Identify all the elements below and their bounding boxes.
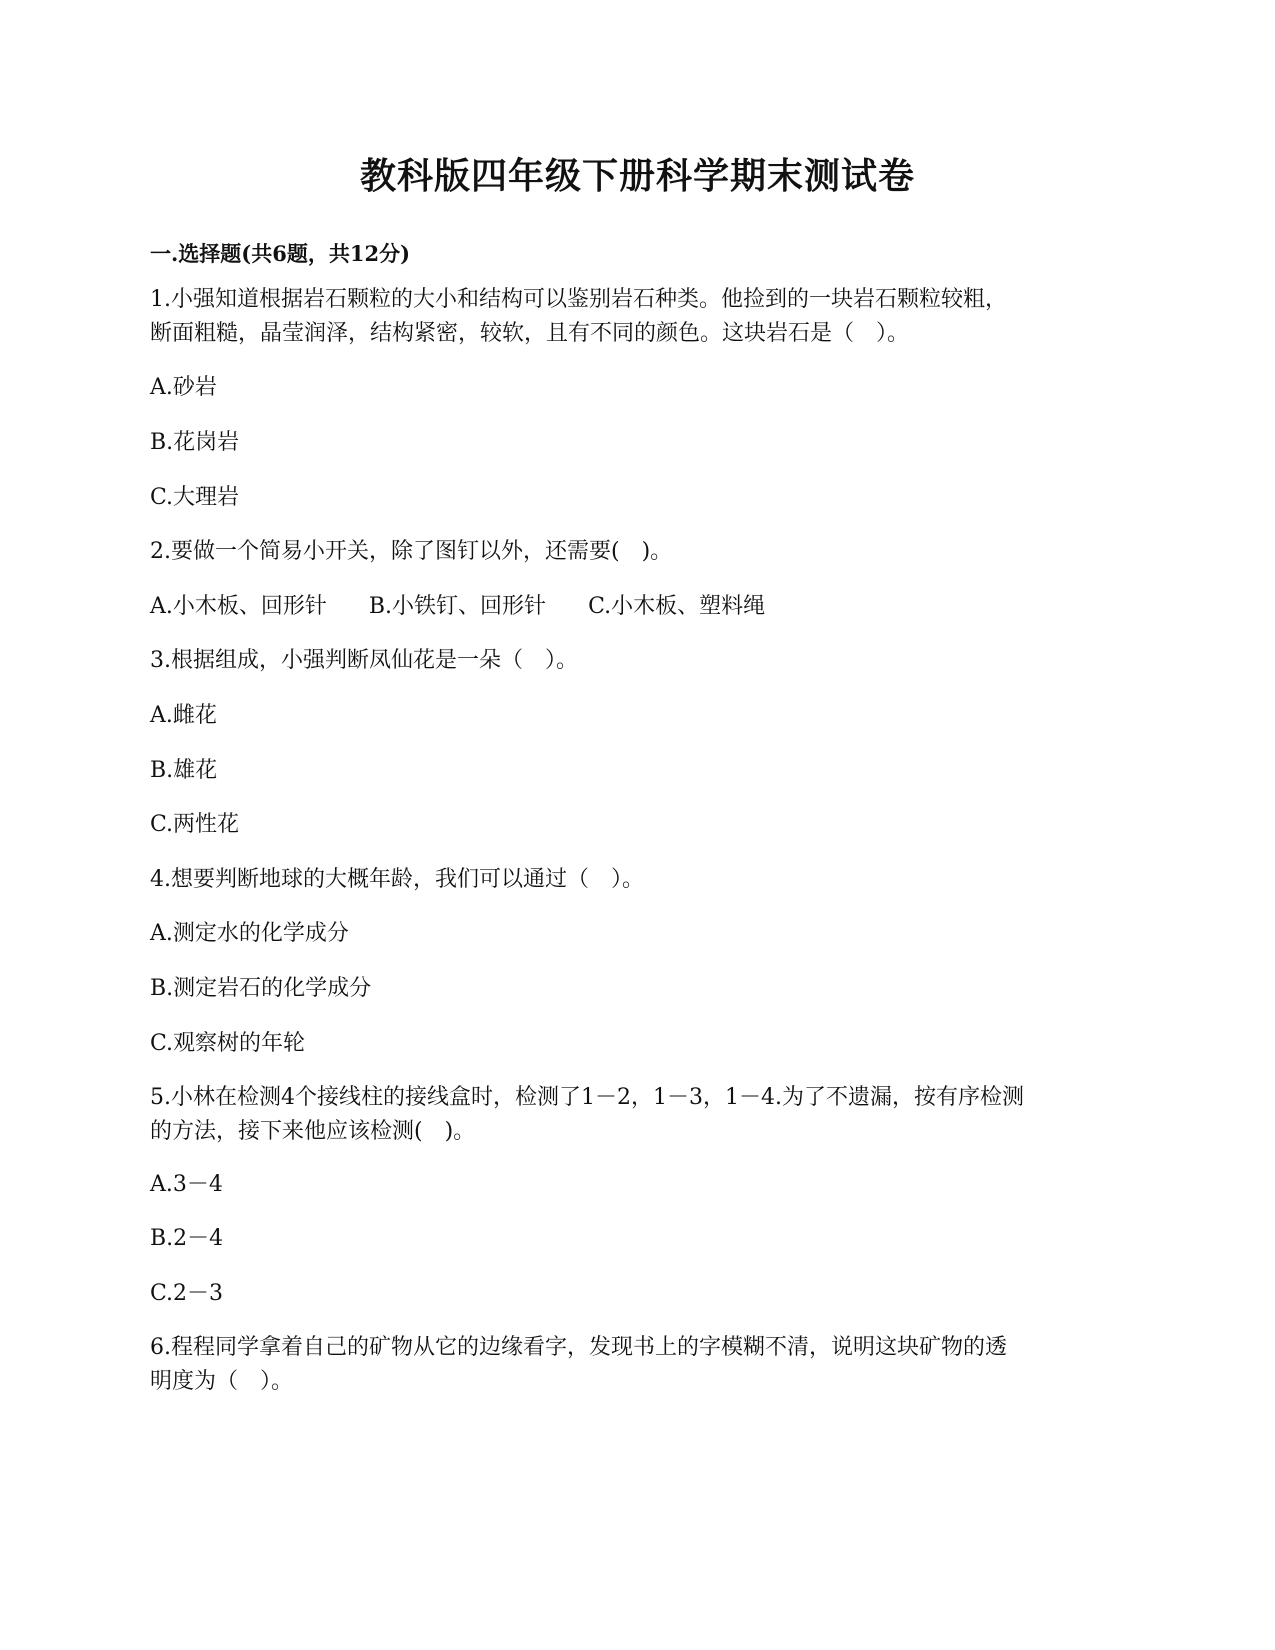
question-1-option-a: A.砂岩 [150,371,217,405]
question-6-line-1: 6.程程同学拿着自己的矿物从它的边缘看字，发现书上的字模糊不清，说明这块矿物的透 [150,1331,1007,1365]
question-2-option-c: C.小木板、塑料绳 [588,590,765,624]
question-4-option-b: B.测定岩石的化学成分 [150,972,371,1006]
question-1-line-1: 1.小强知道根据岩石颗粒的大小和结构可以鉴别岩石种类。他捡到的一块岩石颗粒较粗， [150,283,1007,317]
question-4-option-c: C.观察树的年轮 [150,1027,305,1061]
question-2-options: A.小木板、回形针B.小铁钉、回形针C.小木板、塑料绳 [150,590,765,624]
question-4-line-1: 4.想要判断地球的大概年龄，我们可以通过（ ）。 [150,863,644,897]
exam-page: 教科版四年级下册科学期末测试卷 一.选择题(共6题，共12分) 1.小强知道根据… [0,0,1275,1650]
question-3-option-c: C.两性花 [150,808,239,842]
question-4-option-a: A.测定水的化学成分 [150,917,349,951]
question-2-option-b: B.小铁钉、回形针 [369,590,546,624]
question-3-option-b: B.雄花 [150,754,217,788]
question-2-option-a: A.小木板、回形针 [150,590,327,624]
question-3-line-1: 3.根据组成，小强判断凤仙花是一朵（ ）。 [150,644,578,678]
question-6-line-2: 明度为（ ）。 [150,1365,293,1399]
question-3-option-a: A.雌花 [150,699,217,733]
question-1-line-2: 断面粗糙，晶莹润泽，结构紧密，较软，且有不同的颜色。这块岩石是（ ）。 [150,317,909,351]
question-5-line-1: 5.小林在检测4个接线柱的接线盒时，检测了1－2，1－3，1－4.为了不遗漏，按… [150,1081,1024,1115]
question-1-option-b: B.花岗岩 [150,426,239,460]
question-5-option-b: B.2－4 [150,1222,223,1256]
question-2-line-1: 2.要做一个简易小开关，除了图钉以外，还需要( )。 [150,535,672,569]
question-5-option-c: C.2－3 [150,1277,223,1311]
document-title: 教科版四年级下册科学期末测试卷 [0,148,1275,199]
section-heading: 一.选择题(共6题，共12分) [150,238,410,268]
question-1-option-c: C.大理岩 [150,481,239,515]
question-5-line-2: 的方法，接下来他应该检测( )。 [150,1115,475,1149]
question-5-option-a: A.3－4 [150,1168,223,1202]
